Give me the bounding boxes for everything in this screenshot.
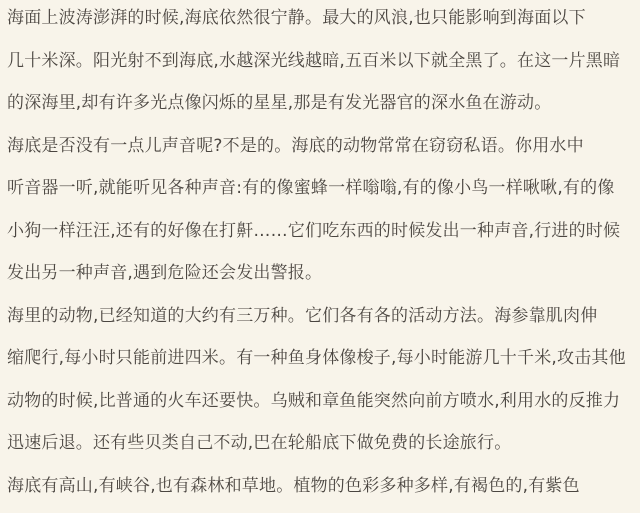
document-page: 海面上波涛澎湃的时候,海底依然很宁静。最大的风浪,也只能影响到海面以下 几十米深…: [0, 0, 640, 513]
text-line: 发出另一种声音,遇到危险还会发出警报。: [7, 252, 637, 295]
text-line: 几十米深。阳光射不到海底,水越深光线越暗,五百米以下就全黑了。在这一片黑暗: [7, 40, 637, 83]
text-line: 的深海里,却有许多光点像闪烁的星星,那是有发光器官的深水鱼在游动。: [7, 82, 637, 125]
text-line: 海里的动物,已经知道的大约有三万种。它们各有各的活动方法。海参靠肌肉伸: [7, 295, 637, 338]
text-line: 小狗一样汪汪,还有的好像在打鼾……它们吃东西的时候发出一种声音,行进的时候: [7, 210, 637, 253]
text-line: 迅速后退。还有些贝类自己不动,巴在轮船底下做免费的长途旅行。: [7, 422, 637, 465]
text-line: 听音器一听,就能听见各种声音:有的像蜜蜂一样嗡嗡,有的像小鸟一样啾啾,有的像: [7, 167, 637, 210]
text-line: 海底有高山,有峡谷,也有森林和草地。植物的色彩多种多样,有褐色的,有紫色: [7, 465, 637, 508]
text-line: 动物的时候,比普通的火车还要快。乌贼和章鱼能突然向前方喷水,利用水的反推力: [7, 380, 637, 423]
text-line: 海底是否没有一点儿声音呢?不是的。海底的动物常常在窃窃私语。你用水中: [7, 125, 637, 168]
text-line: 缩爬行,每小时只能前进四米。有一种鱼身体像梭子,每小时能游几十千米,攻击其他: [7, 337, 637, 380]
text-line: 海面上波涛澎湃的时候,海底依然很宁静。最大的风浪,也只能影响到海面以下: [7, 0, 637, 40]
article-text: 海面上波涛澎湃的时候,海底依然很宁静。最大的风浪,也只能影响到海面以下 几十米深…: [7, 0, 637, 507]
